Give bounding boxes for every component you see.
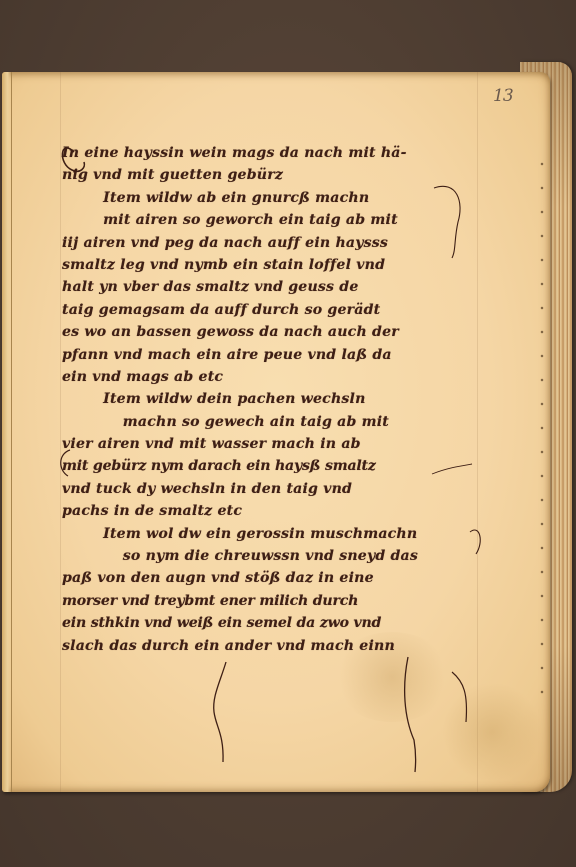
text-line: es wo an bassen gewoss da nach auch der [62, 321, 464, 343]
text-line: machn so gewech ain taig ab mit [62, 411, 464, 433]
manuscript-page: 13 In eine hayssin wein mags da nach mit… [2, 72, 550, 792]
text-line-item-heading: Item wol dw ein gerossin muschmachn [62, 523, 464, 545]
text-line: mit gebürz nym darach ein haysß smaltz [62, 455, 464, 477]
text-line: ein sthkin vnd weiß ein semel da zwo vnd [62, 612, 464, 634]
text-line-item-heading: Item wildw ab ein gnurcß machn [62, 187, 464, 209]
text-line: iij airen vnd peg da nach auff ein hayss… [62, 232, 464, 254]
text-line: paß von den augn vnd stöß daz in eine [62, 567, 464, 589]
ruling-line-left [60, 72, 61, 792]
text-line: In eine hayssin wein mags da nach mit hä… [62, 142, 464, 164]
text-line: vier airen vnd mit wasser mach in ab [62, 433, 464, 455]
binding-gutter [2, 72, 12, 792]
text-line: so nym die chreuwssn vnd sneyd das [62, 545, 464, 567]
text-line: pachs in de smaltz etc [62, 500, 464, 522]
text-line: pfann vnd mach ein aire peue vnd laß da [62, 344, 464, 366]
text-line: ein vnd mags ab etc [62, 366, 464, 388]
foxing-stain [442, 682, 542, 782]
text-line: smaltz leg vnd nymb ein stain loffel vnd [62, 254, 464, 276]
text-line: vnd tuck dy wechsln in den taig vnd [62, 478, 464, 500]
text-line-item-heading: Item wildw dein pachen wechsln [62, 388, 464, 410]
text-line: nig vnd mit guetten gebürz [62, 164, 464, 186]
manuscript-text: In eine hayssin wein mags da nach mit hä… [62, 142, 472, 657]
folio-number: 13 [493, 86, 513, 106]
text-line: halt yn vber das smaltz vnd geuss de [62, 276, 464, 298]
text-line: slach das durch ein ander vnd mach einn [62, 635, 464, 657]
scan-background: 13 In eine hayssin wein mags da nach mit… [0, 0, 576, 867]
text-line: mit airen so geworch ein taig ab mit [62, 209, 464, 231]
text-line: morser vnd treybmt ener milich durch [62, 590, 464, 612]
text-line: taig gemagsam da auff durch so gerädt [62, 299, 464, 321]
pricking-marks [540, 152, 544, 712]
